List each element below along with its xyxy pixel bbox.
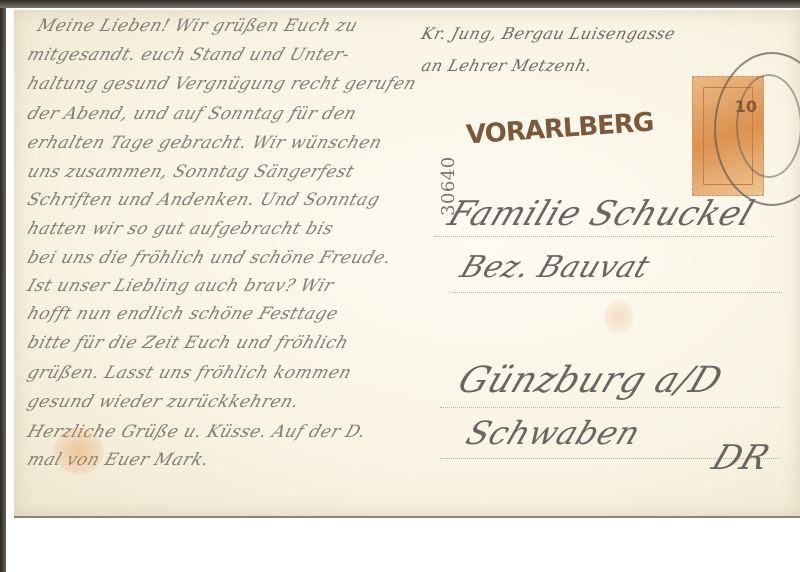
sender-line-1: Kr. Jung, Bergau Luisengasse — [419, 24, 677, 43]
message-line: der Abend, und auf Sonntag für den — [25, 104, 359, 124]
address-rule — [440, 407, 780, 408]
message-line: haltung gesund Vergnügung recht gerufen — [25, 74, 419, 94]
message-line: uns zusammen, Sonntag Sängerfest — [25, 162, 357, 182]
recipient-line-2: Bez. Bauvat — [456, 250, 655, 285]
message-line: hofft nun endlich schöne Festtage — [25, 304, 341, 324]
address-rule — [452, 292, 782, 293]
message-line: Meine Lieben! Wir grüßen Euch zu — [35, 16, 361, 36]
region-annotation: VORARLBERG — [465, 107, 654, 150]
message-line: Schriften und Andenken. Und Sonntag — [25, 190, 383, 210]
sender-line-2: an Lehrer Metzenh. — [419, 56, 594, 75]
message-line: hatten wir so gut aufgebracht bis — [25, 219, 336, 239]
message-line: bitte für die Zeit Euch und fröhlich — [25, 333, 351, 353]
recipient-city: Günzburg a/D — [453, 360, 728, 401]
postmark-inner-circle — [736, 74, 800, 178]
address-rule — [434, 236, 774, 237]
message-line: gesund wieder zurückkehren. — [25, 392, 302, 412]
message-line: Ist unser Liebling auch brav? Wir — [25, 276, 337, 296]
recipient-name: Familie Schuckel — [443, 194, 760, 234]
paper-stain — [604, 300, 634, 334]
message-line: grüßen. Lasst uns fröhlich kommen — [25, 363, 354, 383]
message-line: bei uns die fröhlich und schöne Freude. — [25, 248, 394, 268]
scan-top-edge — [0, 0, 800, 8]
message-line: mitgesandt. euch Stand und Unter- — [25, 45, 353, 65]
paper-stain — [54, 428, 104, 474]
recipient-region: Schwaben — [461, 414, 646, 452]
postcard-back: Meine Lieben! Wir grüßen Euch zu mitgesa… — [14, 10, 800, 518]
scan-left-edge — [0, 0, 6, 572]
message-line: mal von Euer Mark. — [25, 450, 212, 470]
recipient-initials: DR — [707, 438, 775, 478]
message-line: erhalten Tage gebracht. Wir wünschen — [25, 133, 385, 153]
